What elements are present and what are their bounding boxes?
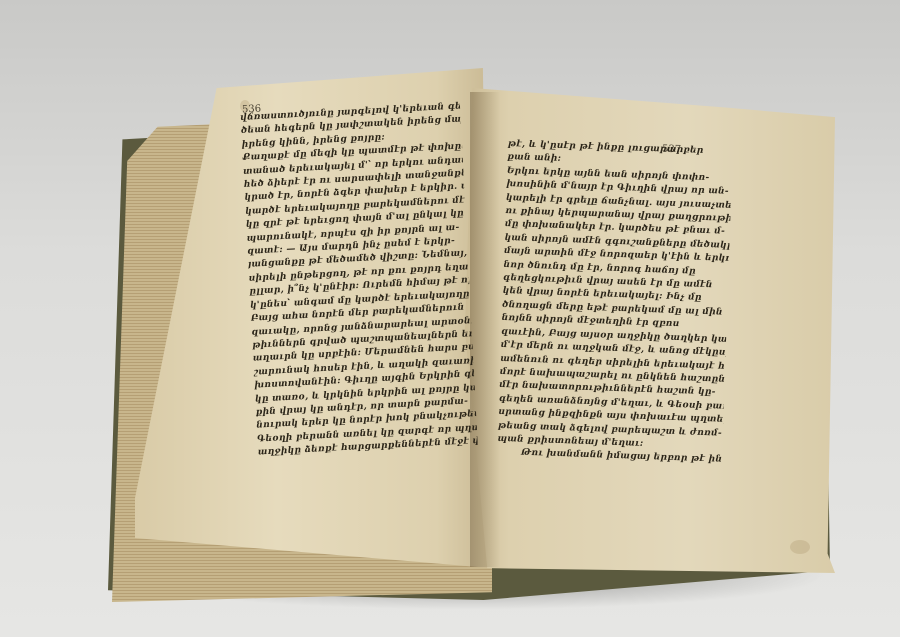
paper-stain xyxy=(790,540,810,554)
left-page-text: վճռաստուծյունը յարգելով կ'երեւան գերա- ծ… xyxy=(240,100,478,460)
right-page-text: թէ, և կ'ըսէր թէ ինքը լուցարարբեր քան անի… xyxy=(497,138,733,467)
book-gutter xyxy=(470,92,500,567)
